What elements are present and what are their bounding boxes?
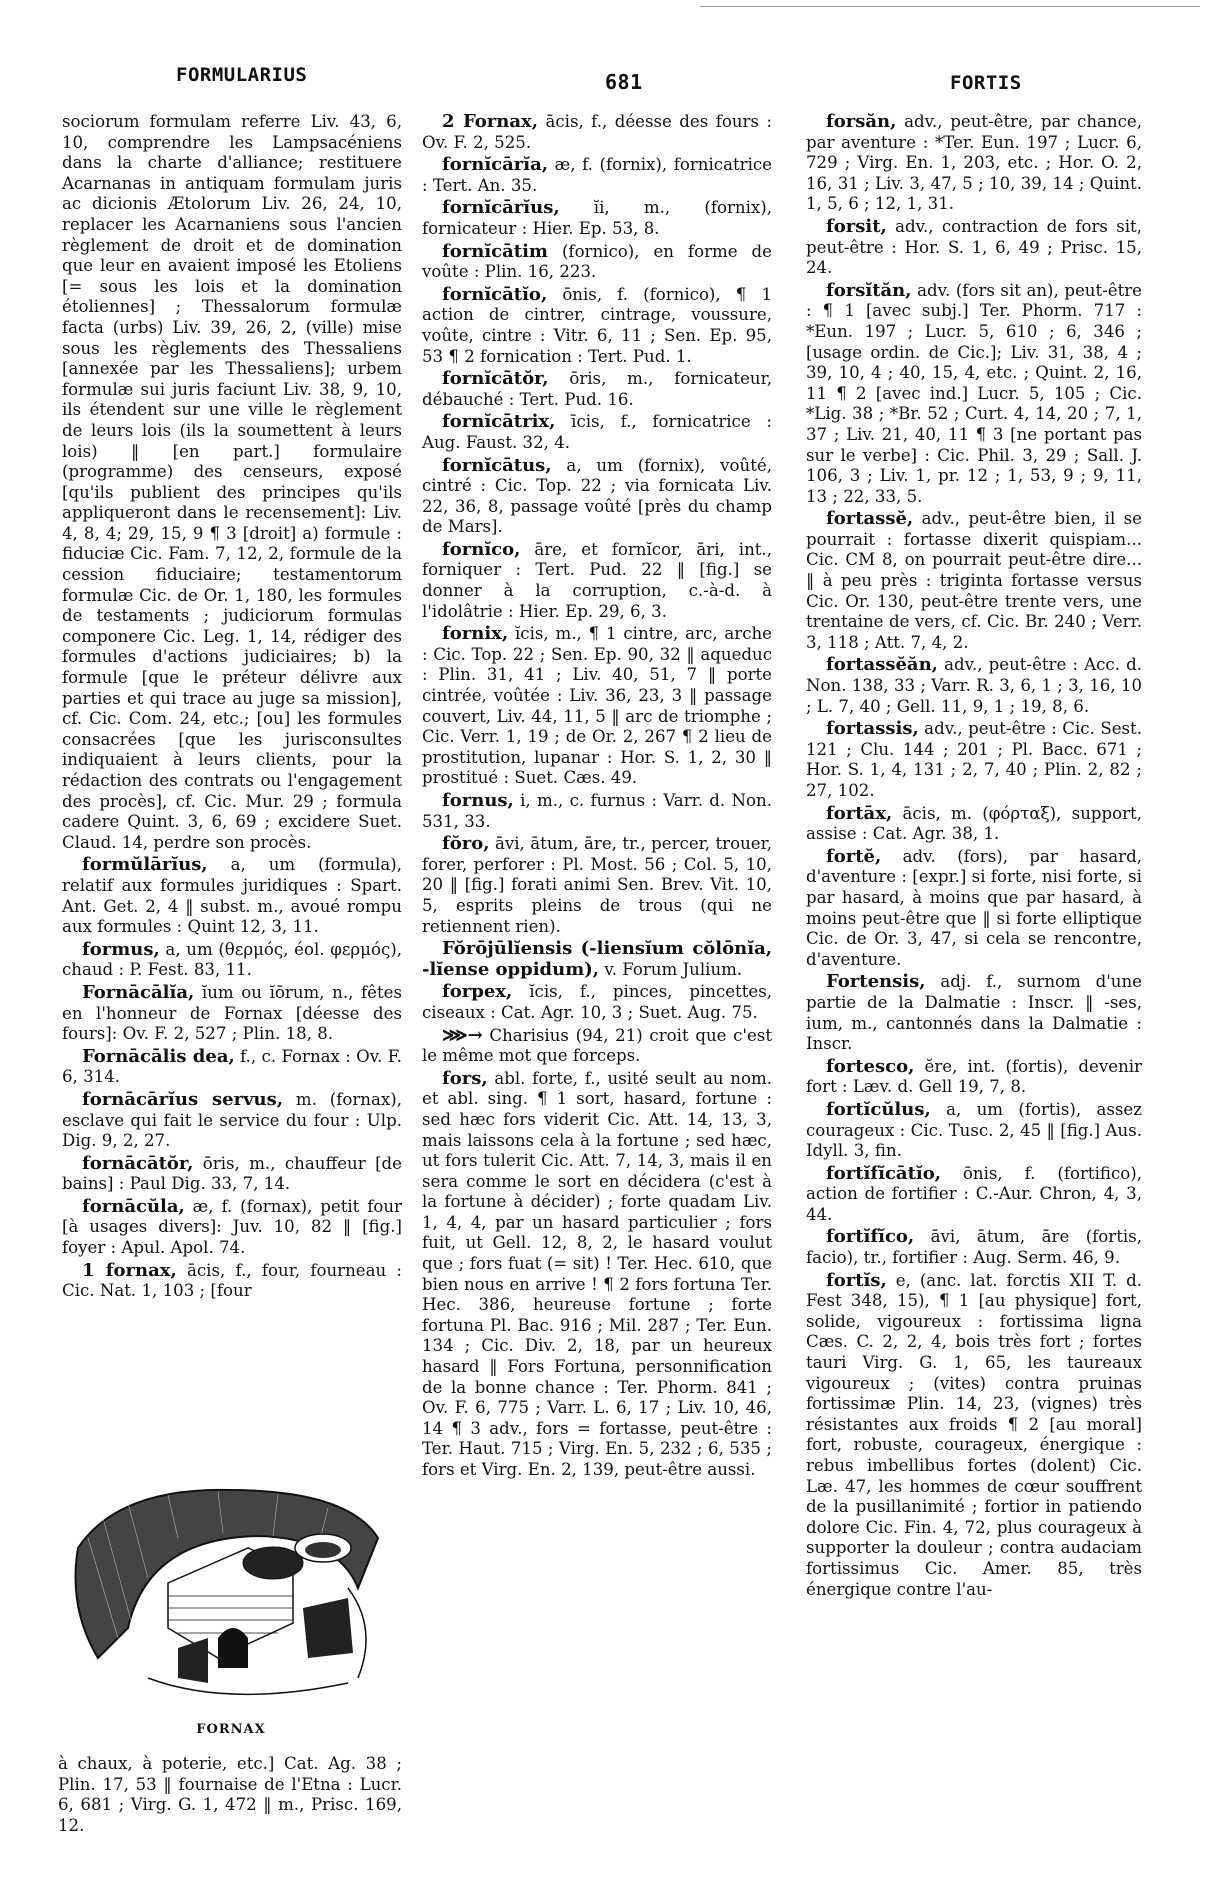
dictionary-entry: fornĭcārĭa, æ, f. (fornix), fornicatrice… xyxy=(422,155,772,196)
headword: formŭlārĭus, xyxy=(82,854,208,875)
headword: fornix, xyxy=(442,623,508,644)
definition: e, (anc. lat. forctis XII T. d. Fest 348… xyxy=(806,1271,1142,1599)
see-also-note: ⋙→ Charisius (94, 21) croit que c'est le… xyxy=(422,1026,772,1067)
dictionary-entry: Fŏrōjūlĭensis (-liensĭum cŏlōnĭa, -lĭens… xyxy=(422,939,772,980)
dictionary-entry: fornĭcārĭus, ĭi, m., (fornix), fornicate… xyxy=(422,198,772,239)
headword: fortassĕăn, xyxy=(826,654,938,675)
headword: fortesco, xyxy=(826,1056,914,1077)
dictionary-entry: fortesco, ĕre, int. (fortis), devenir fo… xyxy=(806,1057,1142,1098)
dictionary-entry: fornācārĭus servus, m. (fornax), esclave… xyxy=(62,1090,402,1152)
dictionary-entry: Fornācālĭa, ĭum ou ĭōrum, n., fêtes en l… xyxy=(62,983,402,1045)
dictionary-entry: fornĭcātĭo, ōnis, f. (fornico), ¶ 1 acti… xyxy=(422,285,772,367)
figure-caption: FORNAX xyxy=(58,1722,404,1737)
headword: fornācātŏr, xyxy=(82,1153,193,1174)
dictionary-entry: fornĭcātus, a, um (fornix), voûté, cintr… xyxy=(422,456,772,538)
headword: fornĭcātrix, xyxy=(442,411,555,432)
dictionary-entry: fortassĕăn, adv., peut-être : Acc. d. No… xyxy=(806,655,1142,717)
headword: fornĭcātus, xyxy=(442,455,552,476)
headword: fortĭfĭco, xyxy=(826,1226,914,1247)
headword: fornĭcātim xyxy=(442,241,548,262)
dictionary-entry: forsăn, adv., peut-être, par chance, par… xyxy=(806,112,1142,215)
dictionary-entry: fornĭco, āre, et fornĭcor, āri, int., fo… xyxy=(422,540,772,622)
column-middle: 2 Fornax, ācis, f., déesse des fours : O… xyxy=(422,112,772,1483)
dictionary-entry: fortĭfĭco, āvi, ātum, āre (fortis, facio… xyxy=(806,1227,1142,1268)
dictionary-entry: fors, abl. forte, f., usité seult au nom… xyxy=(422,1069,772,1481)
dictionary-entry: Fortensis, adj. f., surnom d'une partie … xyxy=(806,972,1142,1054)
headword: fortĕ, xyxy=(826,846,881,867)
arrow-icon: ⋙→ xyxy=(442,1025,483,1046)
headword: fortĭs, xyxy=(826,1270,887,1291)
dictionary-entry: fornus, i, m., c. furnus : Varr. d. Non.… xyxy=(422,791,772,832)
headword: 1 fornax, xyxy=(82,1260,177,1281)
dictionary-entry: fŏro, āvi, ātum, āre, tr., percer, troue… xyxy=(422,834,772,937)
headword: fortĭcŭlus, xyxy=(826,1099,931,1120)
headword: forsăn, xyxy=(826,111,896,132)
dictionary-entry: fornācŭla, æ, f. (fornax), petit four [à… xyxy=(62,1197,402,1259)
headword: fŏro, xyxy=(442,833,490,854)
definition: ĭcis, m., ¶ 1 cintre, arc, arche : Cic. … xyxy=(422,624,772,787)
headword: fortassĕ, xyxy=(826,508,913,529)
dictionary-entry: fornĭcātim (fornico), en forme de voûte … xyxy=(422,242,772,283)
headword: fors, xyxy=(442,1068,488,1089)
headword: forsit, xyxy=(826,216,887,237)
headword: fortĭfĭcātĭo, xyxy=(826,1163,941,1184)
definition: abl. forte, f., usité seult au nom. et a… xyxy=(422,1069,772,1479)
definition: v. Forum Julium. xyxy=(599,960,742,979)
headword: fortāx, xyxy=(826,803,892,824)
headword: fornus, xyxy=(442,790,514,811)
headword: forsĭtăn, xyxy=(826,280,912,301)
headword: fornĭcātŏr, xyxy=(442,368,549,389)
page-number: 681 xyxy=(605,70,643,94)
headword: forpex, xyxy=(442,981,512,1002)
dictionary-entry: fornācātŏr, ōris, m., chauffeur [de bain… xyxy=(62,1154,402,1195)
fornax-illustration: FORNAX xyxy=(58,1478,404,1750)
headword: formus, xyxy=(82,939,160,960)
dictionary-entry: forpex, ĭcis, f., pinces, pincettes, cis… xyxy=(422,982,772,1023)
dictionary-entry: forsĭtăn, adv. (fors sit an), peut-être … xyxy=(806,281,1142,508)
dictionary-entry: 2 Fornax, ācis, f., déesse des fours : O… xyxy=(422,112,772,153)
headword: Fornācālis dea, xyxy=(82,1046,235,1067)
headword: fornācŭla, xyxy=(82,1196,185,1217)
dictionary-entry: fornĭcātrix, īcis, f., fornicatrice : Au… xyxy=(422,412,772,453)
headword: Fornācālĭa, xyxy=(82,982,194,1003)
page-header: FORMULARIUS 681 FORTIS xyxy=(0,58,1213,88)
dictionary-entry: formŭlārĭus, a, um (formula), relatif au… xyxy=(62,855,402,937)
headword: 2 Fornax, xyxy=(442,111,538,132)
kiln-engraving-icon xyxy=(58,1478,404,1720)
column-left-continuation: à chaux, à poterie, etc.] Cat. Ag. 38 ; … xyxy=(58,1754,402,1836)
dictionary-entry: fortĭcŭlus, a, um (fortis), assez courag… xyxy=(806,1100,1142,1162)
dictionary-entry: fortassĕ, adv., peut-être bien, il se po… xyxy=(806,509,1142,653)
dictionary-entry: fornix, ĭcis, m., ¶ 1 cintre, arc, arche… xyxy=(422,624,772,789)
headword: fornĭcārĭa, xyxy=(442,154,548,175)
dictionary-entry: fortĭs, e, (anc. lat. forctis XII T. d. … xyxy=(806,1271,1142,1601)
headword: fortassis, xyxy=(826,718,919,739)
dictionary-entry: fortassis, adv., peut-être : Cic. Sest. … xyxy=(806,719,1142,801)
dictionary-entry: fortĕ, adv. (fors), par hasard, d'aventu… xyxy=(806,847,1142,971)
dictionary-entry: fortĭfĭcātĭo, ōnis, f. (fortifico), acti… xyxy=(806,1164,1142,1226)
headword: fornĭco, xyxy=(442,539,520,560)
dictionary-entry: formus, a, um (θερμός, éol. φερμός), cha… xyxy=(62,940,402,981)
dictionary-entry: fornĭcātŏr, ōris, m., fornicateur, débau… xyxy=(422,369,772,410)
definition: adv. (fors sit an), peut-être : ¶ 1 [ave… xyxy=(806,281,1142,506)
dictionary-entry: forsit, adv., contraction de fors sit, p… xyxy=(806,217,1142,279)
headword: Fortensis, xyxy=(826,971,926,992)
headword: fornācārĭus servus, xyxy=(82,1089,283,1110)
dictionary-entry: Fornācālis dea, f., c. Fornax : Ov. F. 6… xyxy=(62,1047,402,1088)
right-guide-word: FORTIS xyxy=(950,72,1022,94)
dictionary-entry: 1 fornax, ācis, f., four, fourneau : Cic… xyxy=(62,1261,402,1302)
entry-continuation: sociorum formulam referre Liv. 43, 6, 10… xyxy=(62,112,402,853)
page-edge-line xyxy=(700,6,1200,7)
column-right: forsăn, adv., peut-être, par chance, par… xyxy=(806,112,1142,1602)
dictionary-entry: fortāx, ācis, m. (φόρταξ), support, assi… xyxy=(806,804,1142,845)
headword: fornĭcātĭo, xyxy=(442,284,547,305)
definition: adv., peut-être bien, il se pourrait : f… xyxy=(806,509,1142,652)
headword: fornĭcārĭus, xyxy=(442,197,560,218)
left-guide-word: FORMULARIUS xyxy=(176,64,307,86)
column-left: sociorum formulam referre Liv. 43, 6, 10… xyxy=(62,112,402,1304)
